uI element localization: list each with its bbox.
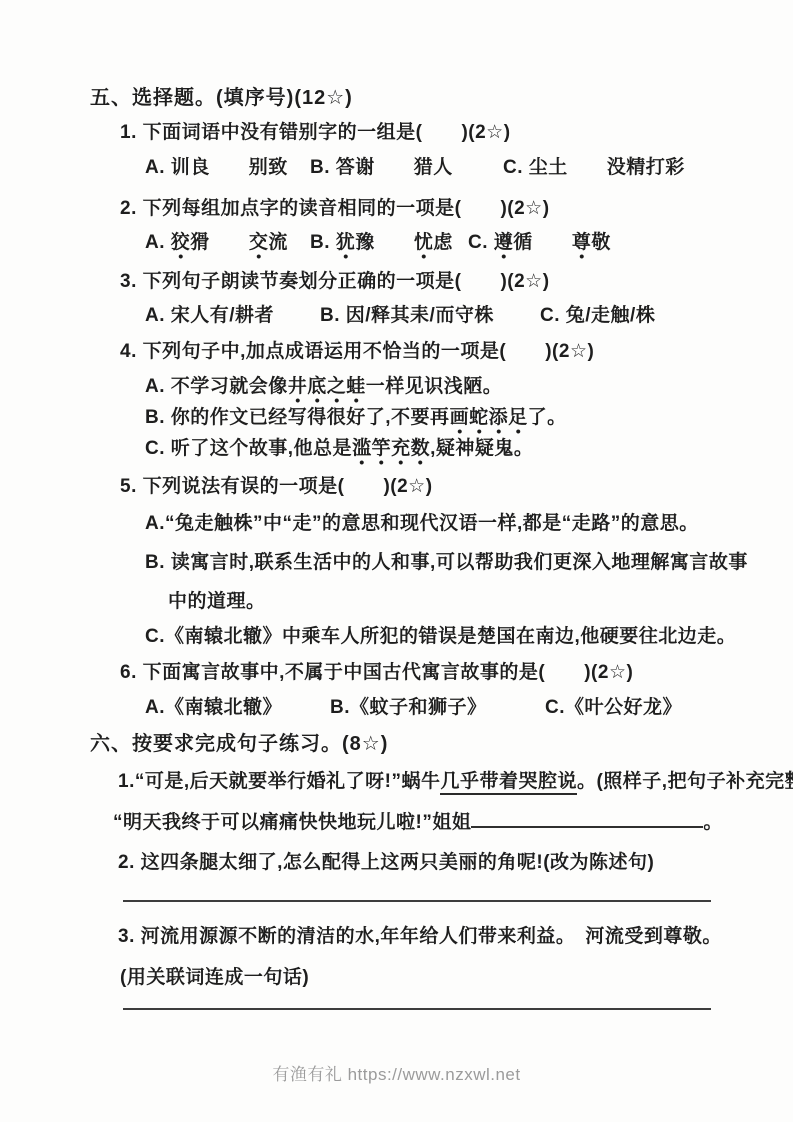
s5-q4-stem: 4. 下列句子中,加点成语运用不恰当的一项是( )(2☆) xyxy=(90,339,729,365)
s5-q2-option-c: C. 遵循 尊敬 xyxy=(468,230,729,256)
s6-q3-answer-line xyxy=(123,1008,711,1010)
s5-q1-options: A. 训良 别致 B. 答谢 猎人 C. 尘土 没精打彩 xyxy=(90,155,729,181)
s6-q3-line1: 3. 河流用源源不断的清洁的水,年年给人们带来利益。 河流受到尊敬。 xyxy=(90,924,729,950)
s5-q2-option-b: B. 犹豫 忧虑 xyxy=(310,230,468,256)
s5-q1-option-c: C. 尘土 没精打彩 xyxy=(503,155,729,181)
text-segment: 忧 xyxy=(414,232,434,260)
text-segment: 遵 xyxy=(494,232,514,260)
s5-q3-stem: 3. 下列句子朗读节奏划分正确的一项是( )(2☆) xyxy=(90,269,729,295)
text-segment: B. 你的作文已经写得很好了,不要再 xyxy=(145,407,450,428)
s5-q1-option-a: A. 训良 别致 xyxy=(145,155,310,181)
text-segment: 尊 xyxy=(572,232,592,260)
text-segment: ,疑神疑鬼。 xyxy=(430,438,533,459)
text-segment: 了。 xyxy=(528,407,567,428)
text-segment: C. 听了这个故事,他总是 xyxy=(145,438,352,459)
text-segment: 犹 xyxy=(336,232,356,260)
s6-q2-stem: 2. 这四条腿太细了,怎么配得上这两只美丽的角呢!(改为陈述句) xyxy=(90,850,729,876)
s5-q6-option-b: B.《蚊子和狮子》 xyxy=(330,695,545,721)
text-segment: 1.“可是,后天就要举行婚礼了呀!”蜗牛 xyxy=(118,771,440,792)
s5-q6-options: A.《南辕北辙》 B.《蚊子和狮子》 C.《叶公好龙》 xyxy=(90,695,729,721)
s5-q6-option-c: C.《叶公好龙》 xyxy=(545,695,729,721)
text-segment: 猾 xyxy=(190,232,249,253)
footer-watermark: 有渔有礼 https://www.nzxwl.net xyxy=(0,1060,793,1085)
s5-q1-stem: 1. 下面词语中没有错别字的一组是( )(2☆) xyxy=(90,120,729,146)
s6-q1-line2-text: “明天我终于可以痛痛快快地玩儿啦!”姐姐 xyxy=(113,812,471,833)
s5-q5-option-b-line2: 中的道理。 xyxy=(90,589,729,615)
section-6-title: 六、按要求完成句子练习。(8☆) xyxy=(90,730,729,758)
s5-q4-option-c: C. 听了这个故事,他总是滥竽充数,疑神疑鬼。 xyxy=(90,436,729,462)
s6-q3-line2: (用关联词连成一句话) xyxy=(90,965,729,991)
s5-q5-option-c: C.《南辕北辙》中乘车人所犯的错误是楚国在南边,他硬要往北边走。 xyxy=(90,624,729,650)
text-segment: 滥竽充数 xyxy=(352,438,430,466)
text-segment: 交 xyxy=(249,232,269,260)
text-segment: 画蛇添足 xyxy=(450,407,528,435)
s6-q1-answer-blank xyxy=(471,812,703,828)
s6-q2-answer-line xyxy=(123,900,711,902)
s5-q3-option-c: C. 兔/走触/株 xyxy=(540,303,729,329)
exam-page: 五、选择题。(填序号)(12☆) 1. 下面词语中没有错别字的一组是( )(2☆… xyxy=(0,0,793,1122)
text-segment: 豫 xyxy=(355,232,414,253)
s6-q1-line1: 1.“可是,后天就要举行婚礼了呀!”蜗牛几乎带着哭腔说。(照样子,把句子补充完整… xyxy=(90,769,729,795)
text-segment: 狡 xyxy=(171,232,191,260)
text-segment: 井底之蛙 xyxy=(288,376,366,404)
text-segment: B. xyxy=(310,232,336,253)
text-segment: C. xyxy=(468,232,494,253)
s5-q4-option-a: A. 不学习就会像井底之蛙一样见识浅陋。 xyxy=(90,374,729,400)
text-segment: 敬 xyxy=(591,232,611,253)
s5-q5-stem: 5. 下列说法有误的一项是( )(2☆) xyxy=(90,474,729,500)
s6-q1-line2-period: 。 xyxy=(703,812,723,833)
s5-q2-options: A. 狡猾 交流 B. 犹豫 忧虑 C. 遵循 尊敬 xyxy=(90,230,729,256)
text-segment: A. 不学习就会像 xyxy=(145,376,288,397)
text-segment: 循 xyxy=(513,232,572,253)
text-segment: 。(照样子,把句子补充完整) xyxy=(577,771,793,792)
s5-q3-option-a: A. 宋人有/耕者 xyxy=(145,303,320,329)
section-5-title: 五、选择题。(填序号)(12☆) xyxy=(90,84,729,112)
s6-q1-line2: “明天我终于可以痛痛快快地玩儿啦!”姐姐。 xyxy=(90,810,729,836)
text-segment: 流 xyxy=(268,232,288,253)
s5-q3-options: A. 宋人有/耕者 B. 因/释其耒/而守株 C. 兔/走触/株 xyxy=(90,303,729,329)
text-segment: 一样见识浅陋。 xyxy=(366,376,503,397)
s5-q5-option-a: A.“兔走触株”中“走”的意思和现代汉语一样,都是“走路”的意思。 xyxy=(90,511,729,537)
text-segment: 几乎带着哭腔说 xyxy=(440,771,577,795)
s5-q6-option-a: A.《南辕北辙》 xyxy=(145,695,330,721)
exam-content: 五、选择题。(填序号)(12☆) 1. 下面词语中没有错别字的一组是( )(2☆… xyxy=(0,0,793,1010)
s5-q6-stem: 6. 下面寓言故事中,不属于中国古代寓言故事的是( )(2☆) xyxy=(90,660,729,686)
s5-q5-option-b-line1: B. 读寓言时,联系生活中的人和事,可以帮助我们更深入地理解寓言故事 xyxy=(90,550,729,576)
text-segment: A. xyxy=(145,232,171,253)
text-segment: 虑 xyxy=(433,232,453,253)
s5-q2-option-a: A. 狡猾 交流 xyxy=(145,230,310,256)
s5-q3-option-b: B. 因/释其耒/而守株 xyxy=(320,303,540,329)
s5-q4-option-b: B. 你的作文已经写得很好了,不要再画蛇添足了。 xyxy=(90,405,729,431)
s5-q1-option-b: B. 答谢 猎人 xyxy=(310,155,503,181)
s5-q2-stem: 2. 下列每组加点字的读音相同的一项是( )(2☆) xyxy=(90,196,729,222)
